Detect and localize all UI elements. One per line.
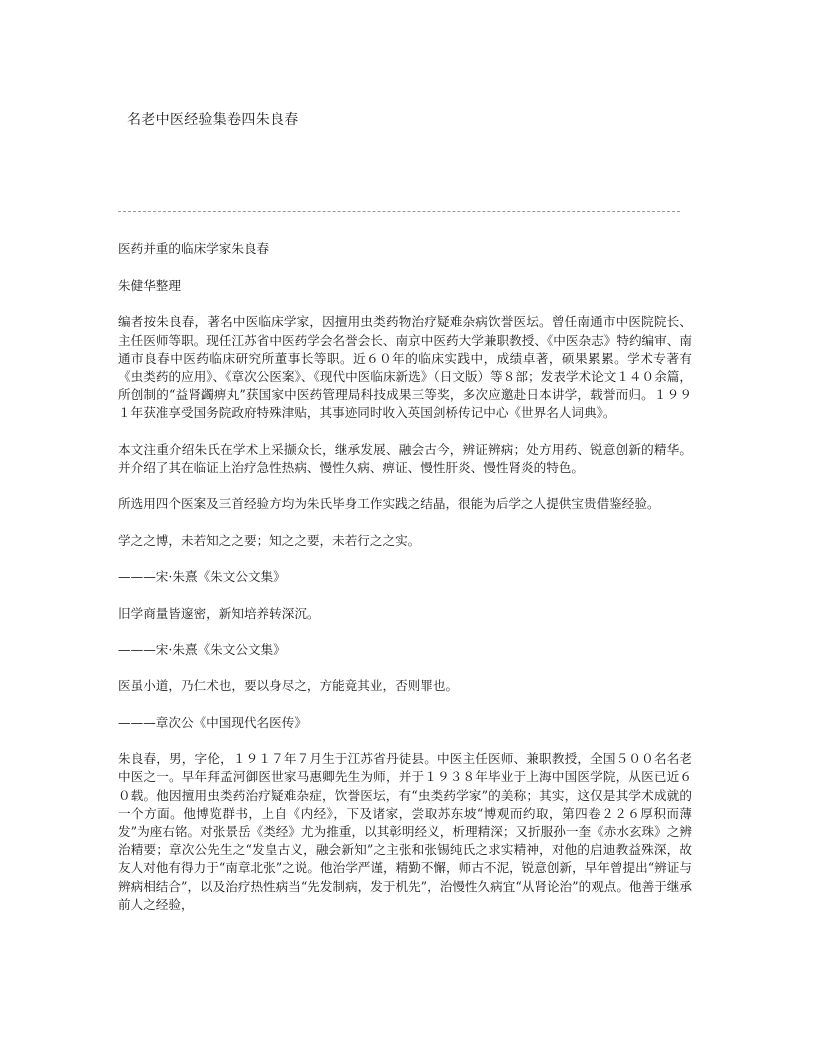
cases-paragraph: 所选用四个医案及三首经验方均为朱氏毕身工作实践之结晶，很能为后学之人提供宝贵借鉴… <box>118 495 692 513</box>
epigraph-attribution: ———宋·朱熹《朱文公文集》 <box>118 641 692 659</box>
document-title: 名老中医经验集卷四朱良春 <box>127 111 299 129</box>
intro-paragraph: 本文注重介绍朱氏在学术上采撷众长，继承发展、融会古今，辨证辨病；处方用药、锐意创… <box>118 441 692 477</box>
document-body: 医药并重的临床学家朱良春 朱健华整理 编者按朱良春，著名中医临床学家，因擅用虫类… <box>118 240 692 932</box>
epigraph-attribution: ———宋·朱熹《朱文公文集》 <box>118 568 692 586</box>
author-credit: 朱健华整理 <box>118 277 692 295</box>
editor-note-paragraph: 编者按朱良春，著名中医临床学家，因擅用虫类药物治疗疑难杂病饮誉医坛。曾任南通市中… <box>118 313 692 422</box>
epigraph-quote: 学之之博，未若知之之要；知之之要，未若行之之实。 <box>118 532 692 550</box>
section-title: 医药并重的临床学家朱良春 <box>118 240 692 258</box>
document-page: 名老中医经验集卷四朱良春 医药并重的临床学家朱良春 朱健华整理 编者按朱良春，著… <box>0 0 816 1056</box>
biography-paragraph: 朱良春，男，字伦，１９１７年７月生于江苏省丹徒县。中医主任医师、兼职教授，全国５… <box>118 750 692 914</box>
epigraph-quote: 旧学商量皆邃密，新知培养转深沉。 <box>118 605 692 623</box>
epigraph-attribution: ———章次公《中国现代名医传》 <box>118 714 692 732</box>
dashed-separator <box>118 211 680 212</box>
epigraph-quote: 医虽小道，乃仁术也，要以身尽之，方能竟其业，否则罪也。 <box>118 677 692 695</box>
